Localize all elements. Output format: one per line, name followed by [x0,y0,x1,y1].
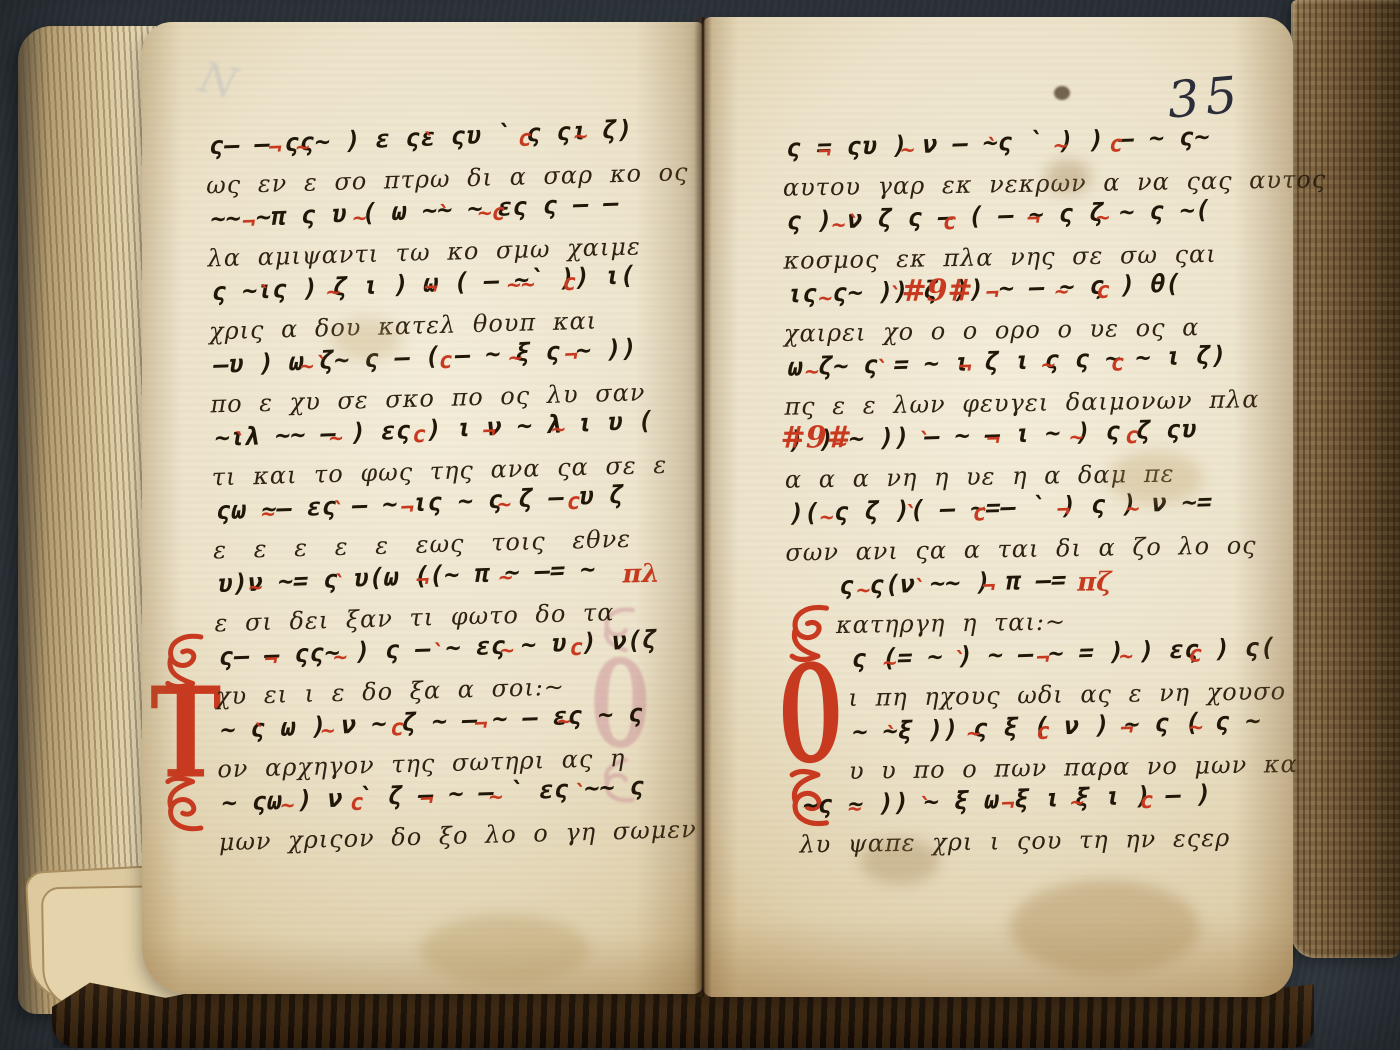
lyric-row: χρις α δου κατελ θουπ και [209,306,670,345]
neume-ink: ςω ~— ες — ~ ις ~ ς ζ — υ ζ [213,475,628,531]
left-page: Ν Τ Ο ς— — ςς~ ) ε ςε ςυ ` ς ςι ζ) ¬ ~ `… [142,22,703,994]
neume-row: ~ιλ ~~ — ) ες ) ι ν ~ λ ι υ ( ` ~ c ¬ ~ [211,410,672,463]
lyric-row: κατηργη η ται:~ [836,605,1260,638]
martyria-intonation-sign: #9# [780,418,851,458]
lyric-row: μων χριςον δο ξο λο ο γη σωμεν [218,817,679,856]
neume-row: ς ) ν ζ ς — ( — ~ ς ζ ~ ς ~( ~` c ¬ ~ [783,198,1257,245]
neume-red-accents: ~ ` ¬ ~ c [787,270,1128,319]
neume-red-accents: ~ ` ¬ ~ c [787,342,1170,392]
neume-ink: ις ς~ )) ζ )) ~ — ~ ς ) θ( [784,264,1184,315]
neume-row: ~ ~ξ )) ς ξ ( ν ) ~ ς ( ς ~ ` ~ c ¬ ~ [849,709,1261,756]
lyric-row: πς ε ε λων φευγει δαιμονων πλα [784,386,1258,419]
chant-line: υ)ν ~= ς υ(ω ((~ π ~ —= ~ ~ ` ¬ ~ πλε σι… [213,556,674,638]
neume-ink: —υ ) ω ζ~ ς — ( — ~ ξ ς ~ )) [210,328,640,385]
lyric-row: σων ανι ςα α ται δι α ζο λο ος [785,532,1259,565]
initial-flourish-icon [781,603,841,663]
neume-red-accents: ` ~ c ¬ ~ [220,700,602,755]
neume-row: ις ς~ )) ζ )) ~ — ~ ς ) θ( ~ ` ¬ ~ c #9# [783,271,1257,318]
showthrough-letter: Ο [590,654,649,756]
neume-red-accents: ~ ` ¬ ~ c [802,780,1185,830]
lyric-row: πο ε χυ σε σκο πο ος λυ σαν [210,379,671,418]
neume-ink: ς ~ις ) ζ ι ) ω ( — ~` )) ι( [209,255,639,312]
neume-row: ) ) ~ )) — ~ — ι ~ ) ς ζ ςυ ~ ` ¬ ~ c #9… [784,417,1258,464]
neume-row: ς ς(ν ~~ ) π —= ~ ` ¬ πζ [836,563,1260,610]
neume-row: ω ζ~ ς = ~ ι ζ ι ς ς ~ ~ ι ζ) ~ ` ¬ ~ c [784,344,1258,391]
chant-line: ω ζ~ ς = ~ ι ζ ι ς ς ~ ~ ι ζ) ~ ` ¬ ~ c … [784,344,1258,420]
chant-line: ~~ ~π ς υ ( ω ~~ ~ ες ς — — ¬ ~ ` ~c λα … [206,191,667,273]
neume-row: —υ ) ω ζ~ ς — ( — ~ ξ ς ~ )) ~` c ~ ¬ [209,337,670,390]
gutter-showthrough-ornament: Ο [578,606,662,874]
chant-line: ς— — ςς~ ) ε ςε ςυ ` ς ςι ζ) ¬ ~ ` c ~ ω… [205,118,666,200]
lyric-row: ε ε ε ε ε εως τοις εθνε [213,525,674,564]
initial-flourish-icon [157,775,215,833]
faint-pencil-mark: Ν [195,52,243,108]
chant-line: ς ς(ν ~~ ) π —= ~ ` ¬ πζκατηργη η ται:~ [786,563,1260,639]
lyric-row: ον αρχηγον της σωτηρι ας η [217,744,678,783]
neume-ink: ς— — ςς~ ) ε ςε ςυ ` ς ςι ζ) [206,109,636,166]
neume-row: ς— — ςς~ ) ς — ~ ες ~ υ ) ν(ζ ¬ ~ ` ~ c [215,629,676,682]
lyric-row: αυτου γαρ εκ νεκρων α να ςας αυτος [783,167,1257,200]
neume-ink: ς ς(ν ~~ ) π —= [836,560,1070,606]
neume-row: ς— — ςς~ ) ε ςε ςυ ` ς ςι ζ) ¬ ~ ` c ~ [205,118,666,171]
lyric-row: ι πη ηχους ωδι ας ε νη χουσο [848,679,1260,711]
parchment-stain [420,915,590,985]
chant-line: ις ς~ )) ζ )) ~ — ~ ς ) θ( ~ ` ¬ ~ c #9#… [783,271,1257,347]
lyric-row: ως εν ε σο πτρω δι α σαρ κο ος [206,160,667,199]
neume-ink: ς ) ν ζ ς — ( — ~ ς ζ ~ ς ~( [783,190,1214,242]
neume-ink: ς (= ~ ) ~ — ~ = ) ) ες ) ς( [848,627,1279,679]
lyric-row: χαιρει χο ο ο ορο ο υε ος α [784,313,1258,346]
neume-row: )( ς ζ )( — ~=— ` ) ς ) ν ~= ~ ` c ¬ ~ [785,490,1259,537]
initial-flourish-icon [157,632,215,690]
decorated-initial-tau: Τ [146,632,226,900]
chant-line: ~ς ~ )) ~ ξ ω ξ ι ξ ι ) — ) ~ ` ¬ ~ c λυ… [787,782,1261,858]
chant-line: ~ ~ξ )) ς ξ ( ν ) ~ ς ( ς ~ ` ~ c ¬ ~ υ … [787,709,1261,785]
neume-red-accents: ¬ ~ ` ~ c [786,123,1169,173]
book-gutter [694,17,712,997]
parchment-stain [1108,452,1203,504]
martyria-mode-sign: πλ [622,554,660,595]
chant-line: ~ ς ω ) ν ~ ζ ~ — ~ — ες ~ ς ` ~ c ¬ ~ ο… [216,702,677,784]
lyric-row: τι και το φως της ανα ςα σε ε [211,452,672,491]
chant-line: )( ς ζ )( — ~=— ` ) ς ) ν ~= ~ ` c ¬ ~ σ… [785,490,1259,566]
chant-line: —υ ) ω ζ~ ς — ( — ~ ξ ς ~ )) ~` c ~ ¬ πο… [209,337,670,419]
neume-ink: ς = ςυ ) ν — ~ς ` ) ) — ~ ς~ [783,117,1214,169]
neume-row: ςω ~— ες — ~ ις ~ ς ζ — υ ζ ~ ` ¬ ~ c [212,483,673,536]
lyric-row: υ υ πο ο πων παρα νο μων κα [849,752,1261,784]
neume-red-accents: ~ ` ¬ [839,566,1041,611]
chant-line: ~ ςω ) ν ` ζ — ~ — ` ες ~~ ς ~ c ¬ ~ ` μ… [218,775,679,857]
neume-row: ~~ ~π ς υ ( ω ~~ ~ ες ς — — ¬ ~ ` ~c [206,191,667,244]
manuscript-photo: Ν Τ Ο ς— — ςς~ ) ε ςε ςυ ` ς ςι ζ) ¬ ~ `… [0,0,1400,1050]
lyric-row: λα αμιψαντι τω κο σμω χαιμε [207,233,668,272]
martyria-mode-sign: πζ [1077,562,1112,602]
neume-ink: ~~ ~π ς υ ( ω ~~ ~ ες ς — — [207,183,622,239]
ornament-flourish-icon [595,606,645,656]
decorated-initial-omicron: Ο [767,603,855,883]
parchment-stain [1045,160,1091,194]
neume-ink: ~ιλ ~~ — ) ες ) ι ν ~ λ ι υ ( [211,401,656,459]
chant-line: ς ~ις ) ζ ι ) ω ( — ~` )) ι( ` ~ ¬ ~~ c … [208,264,669,346]
initial-letter: Ο [779,657,843,773]
book-fore-edge [1291,0,1400,958]
parchment-stain [860,838,940,884]
parchment-stain [1010,880,1200,975]
initial-flourish-icon [781,768,841,828]
neume-red-accents: ¬ ~ ` ~c [210,189,592,244]
neume-row: ς (= ~ ) ~ — ~ = ) ) ες ) ς( ~ ` ¬ ~ c [848,636,1260,683]
chant-line: ς ) ν ζ ς — ( — ~ ς ζ ~ ς ~( ~` c ¬ ~ κο… [783,198,1257,274]
neume-row: ~ ςω ) ν ` ζ — ~ — ` ες ~~ ς ~ c ¬ ~ ` [218,775,679,828]
chant-line: ςω ~— ες — ~ ις ~ ς ζ — υ ζ ~ ` ¬ ~ c ε … [212,483,673,565]
lyric-row: χυ ει ι ε δο ξα α σοι:~ [216,671,677,710]
left-page-chant-column: ς— — ςς~ ) ε ςε ςυ ` ς ςι ζ) ¬ ~ ` c ~ ω… [205,118,679,857]
folio-number: 35 [1165,60,1301,143]
neume-red-accents: ¬ ~ ` ~ c [219,627,615,683]
neume-red-accents: ~ ` ¬ ~ c [216,481,612,537]
neume-ink: ς— — ςς~ ) ς — ~ ες ~ υ ) ν(ζ [216,620,661,678]
neume-row: ~ς ~ )) ~ ξ ω ξ ι ξ ι ) — ) ~ ` ¬ ~ c [799,782,1261,829]
lyric-row: κοσμος εκ πλα νης σε σω ςαι [783,240,1257,273]
initial-letter: Τ [150,681,221,783]
chant-line: ς— — ςς~ ) ς — ~ ες ~ υ ) ν(ζ ¬ ~ ` ~ c … [215,629,676,711]
lyric-row: ε σι δει ξαν τι φωτο δο τα [214,598,675,637]
neume-ink: υ)ν ~= ς υ(ω ((~ π ~ —= ~ [214,549,599,604]
neume-row: υ)ν ~= ς υ(ω ((~ π ~ —= ~ ~ ` ¬ ~ πλ [213,556,674,609]
parchment-stain [332,318,402,360]
right-page: Ο ς = ςυ ) ν — ~ς ` ) ) — ~ ς~ ¬ ~ ` ~ c… [703,17,1293,997]
neume-ink: ~ ~ξ )) ς ξ ( ν ) ~ ς ( ς ~ [849,701,1264,752]
chant-line: ς (= ~ ) ~ — ~ = ) ) ες ) ς( ~ ` ¬ ~ c ι… [786,636,1260,712]
neume-red-accents: ~` c ¬ ~ [786,196,1169,246]
neume-red-accents: ~ ` ¬ ~ [217,556,557,609]
ornament-flourish-icon [595,754,645,804]
neume-red-accents: ~ ` c ¬ ~ [788,488,1171,538]
neume-red-accents: ~ ` ¬ ~ c [851,634,1234,684]
ink-spot [1054,86,1070,100]
neume-ink: ~ς ~ )) ~ ξ ω ξ ι ξ ι ) — ) [799,774,1214,825]
neume-red-accents: ` ~ ¬ ~~ c [212,262,608,318]
neume-row: ~ ς ω ) ν ~ ζ ~ — ~ — ες ~ ς ` ~ c ¬ ~ [216,702,677,755]
neume-row: ς ~ις ) ζ ι ) ω ( — ~` )) ι( ` ~ ¬ ~~ c [208,264,669,317]
neume-ink: ~ ς ω ) ν ~ ζ ~ — ~ — ες ~ ς [217,693,647,750]
neume-ink: ω ζ~ ς = ~ ι ζ ι ς ς ~ ~ ι ζ) [784,335,1230,387]
chant-line: ~ιλ ~~ — ) ες ) ι ν ~ λ ι υ ( ` ~ c ¬ ~ … [211,410,672,492]
neume-ink: ~ ςω ) ν ` ζ — ~ — ` ες ~~ ς [218,766,648,823]
neume-red-accents: ~` c ~ ¬ [213,335,609,391]
neume-red-accents: ` ~ c ¬ ~ [215,408,611,464]
martyria-intonation-sign: #9# [901,271,972,311]
neume-red-accents: ` ~ c ¬ ~ [852,707,1235,757]
neume-red-accents: ~ c ¬ ~ ` [222,773,604,828]
neume-red-accents: ~ ` ¬ ~ c [788,416,1157,466]
neume-red-accents: ¬ ~ ` c ~ [209,116,605,172]
